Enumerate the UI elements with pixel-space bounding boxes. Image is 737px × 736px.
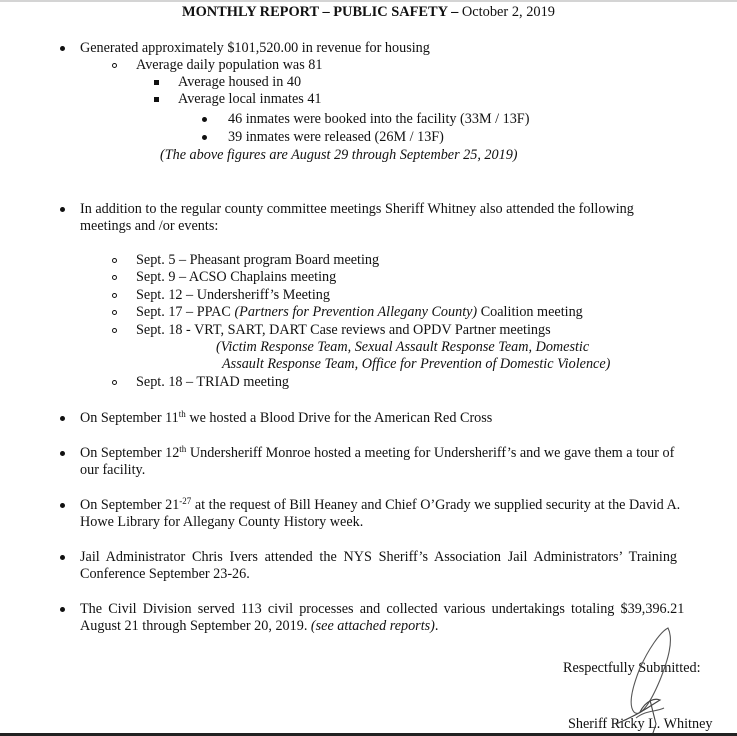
revenue-period-note: (The above figures are August 29 through… <box>160 147 518 164</box>
page-top-border <box>0 0 737 2</box>
meeting-item: Sept. 18 - VRT, SART, DART Case reviews … <box>136 322 551 339</box>
meeting-item-italic: (Partners for Prevention Allegany County… <box>234 304 477 320</box>
revenue-released: 39 inmates were released (26M / 13F) <box>228 129 444 146</box>
security-line2: Howe Library for Allegany County History… <box>80 514 363 531</box>
security-text: On September 21 <box>80 497 179 513</box>
training-line1: Jail Administrator Chris Ivers attended … <box>80 549 677 566</box>
blood-drive-item: On September 11th we hosted a Blood Driv… <box>80 410 492 427</box>
bullet-icon <box>198 111 210 128</box>
security-text-rest: at the request of Bill Heaney and Chief … <box>191 497 680 513</box>
civil-line2-period: . <box>435 618 439 634</box>
undersheriff-item: On September 12th Undersheriff Monroe ho… <box>80 445 724 462</box>
revenue-population: Average daily population was 81 <box>136 57 323 74</box>
civil-line2: August 21 through September 20, 2019. (s… <box>80 618 438 635</box>
meetings-intro-line2: meetings and /or events: <box>80 218 218 235</box>
bullet-icon <box>56 410 68 427</box>
meeting-item: Sept. 18 – TRIAD meeting <box>136 374 289 391</box>
bullet-icon <box>56 601 68 618</box>
undersheriff-text: On September 12 <box>80 445 179 461</box>
circle-bullet-icon <box>108 287 120 304</box>
circle-bullet-icon <box>108 252 120 269</box>
bullet-icon <box>56 445 68 462</box>
undersheriff-line2: our facility. <box>80 462 145 479</box>
circle-bullet-icon <box>108 374 120 391</box>
civil-line1: The Civil Division served 113 civil proc… <box>80 601 684 618</box>
ordinal-suffix: th <box>179 409 186 419</box>
acronym-note-line1: (Victim Response Team, Sexual Assault Re… <box>216 339 589 356</box>
revenue-main: Generated approximately $101,520.00 in r… <box>80 40 430 57</box>
revenue-local: Average local inmates 41 <box>178 91 322 108</box>
meeting-item: Sept. 12 – Undersheriff’s Meeting <box>136 287 330 304</box>
report-title: MONTHLY REPORT – PUBLIC SAFETY – October… <box>0 4 737 21</box>
square-bullet-icon <box>150 74 162 91</box>
meeting-item: Sept. 9 – ACSO Chaplains meeting <box>136 269 336 286</box>
title-date: October 2, 2019 <box>458 4 555 20</box>
revenue-booked: 46 inmates were booked into the facility… <box>228 111 529 128</box>
bullet-icon <box>56 497 68 514</box>
closing-text: Respectfully Submitted: <box>563 660 701 677</box>
meeting-item-pre: Sept. 17 – PPAC <box>136 304 234 320</box>
title-bold: MONTHLY REPORT – PUBLIC SAFETY – <box>182 4 458 20</box>
civil-line2-text: August 21 through September 20, 2019. <box>80 618 311 634</box>
blood-drive-text: On September 11 <box>80 410 179 426</box>
circle-bullet-icon <box>108 304 120 321</box>
acronym-note-line2: Assault Response Team, Office for Preven… <box>222 356 610 373</box>
bullet-icon <box>56 549 68 566</box>
circle-bullet-icon <box>108 57 120 74</box>
security-item: On September 21-27 at the request of Bil… <box>80 497 680 514</box>
meetings-intro-line1: In addition to the regular county commit… <box>80 201 634 218</box>
meeting-item: Sept. 5 – Pheasant program Board meeting <box>136 252 379 269</box>
square-bullet-icon <box>150 91 162 108</box>
meeting-item-post: Coalition meeting <box>477 304 583 320</box>
training-line2: Conference September 23-26. <box>80 566 250 583</box>
civil-line2-note: (see attached reports) <box>311 618 435 634</box>
bullet-icon <box>56 201 68 218</box>
bullet-icon <box>198 129 210 146</box>
bullet-icon <box>56 40 68 57</box>
revenue-housed-in: Average housed in 40 <box>178 74 301 91</box>
blood-drive-text-rest: we hosted a Blood Drive for the American… <box>186 410 493 426</box>
date-range-suffix: -27 <box>179 496 191 506</box>
circle-bullet-icon <box>108 322 120 339</box>
meeting-item: Sept. 17 – PPAC (Partners for Prevention… <box>136 304 583 321</box>
undersheriff-text-rest: Undersheriff Monroe hosted a meeting for… <box>186 445 674 461</box>
circle-bullet-icon <box>108 269 120 286</box>
signer-name: Sheriff Ricky L. Whitney <box>568 716 712 733</box>
